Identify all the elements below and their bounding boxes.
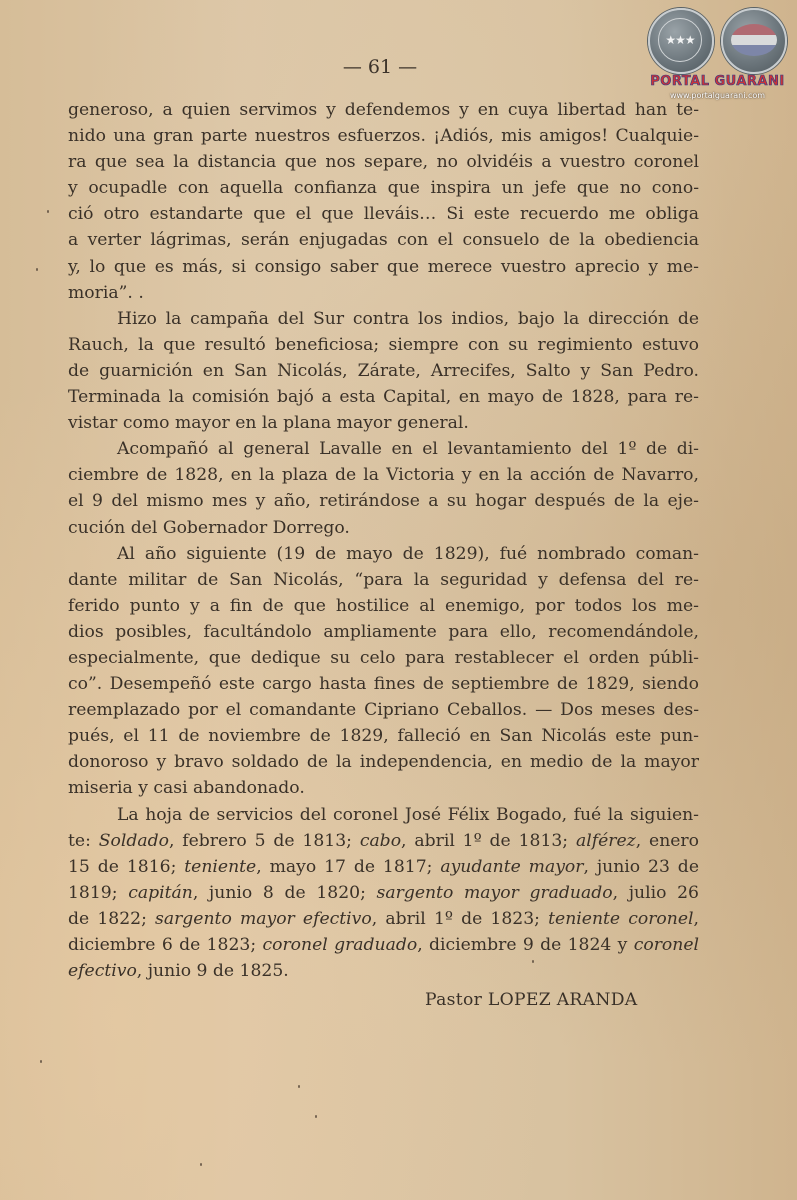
text-line: 1819; capitán, junio 8 de 1820; sargento…: [68, 880, 699, 906]
text-line: 15 de 1816; teniente, mayo 17 de 1817; a…: [68, 854, 699, 880]
text-line: Terminada la comisión bajó a esta Capita…: [68, 384, 699, 410]
paragraph: generoso, a quien servimos y defendemos …: [68, 97, 699, 306]
text-line: vistar como mayor en la plana mayor gene…: [68, 410, 699, 436]
text-line: reemplazado por el comandante Cipriano C…: [68, 697, 699, 723]
text-line: pués, el 11 de noviembre de 1829, fallec…: [68, 723, 699, 749]
text-line: Hizo la campaña del Sur contra los indio…: [68, 306, 699, 332]
text-line: ferido punto y a fin de que hostilice al…: [68, 593, 699, 619]
rank: teniente coronel: [548, 909, 693, 929]
text-line: a verter lágrimas, serán enjugadas con e…: [68, 227, 699, 253]
text-line: y, lo que es más, si consigo saber que m…: [68, 254, 699, 280]
paraguay-flag-seal-icon: [721, 8, 787, 74]
service-record-paragraph: La hoja de servicios del coronel José Fé…: [68, 802, 699, 985]
rank: ayudante mayor: [440, 857, 583, 877]
stars-icon: ★★★: [658, 18, 702, 62]
text-line: cución del Gobernador Dorrego.: [68, 515, 699, 541]
text-line: te: Soldado, febrero 5 de 1813; cabo, ab…: [68, 828, 699, 854]
text-line: de guarnición en San Nicolás, Zárate, Ar…: [68, 358, 699, 384]
text-line: La hoja de servicios del coronel José Fé…: [68, 802, 699, 828]
text-line: especialmente, que dedique su celo para …: [68, 645, 699, 671]
text-line: ciembre de 1828, en la plaza de la Victo…: [68, 462, 699, 488]
paragraph: Acompañó al general Lavalle en el levant…: [68, 436, 699, 540]
rank: alférez: [576, 831, 636, 851]
rank: efectivo: [68, 961, 137, 981]
text-line: nido una gran parte nuestros esfuerzos. …: [68, 123, 699, 149]
portal-guarani-watermark: ★★★ PORTAL GUARANI www.portalguarani.com: [645, 6, 790, 101]
flag-icon: [731, 24, 777, 56]
text-line: ra que sea la distancia que nos separe, …: [68, 149, 699, 175]
rank: sargento mayor graduado: [377, 883, 613, 903]
text-line: el 9 del mismo mes y año, retirándose a …: [68, 488, 699, 514]
rank: capitán: [128, 883, 193, 903]
rank: coronel: [634, 935, 699, 955]
rank: Soldado: [99, 831, 169, 851]
text-line: Acompañó al general Lavalle en el levant…: [68, 436, 699, 462]
text-line: co”. Desempeñó este cargo hasta fines de…: [68, 671, 699, 697]
text-line: y ocupadle con aquella confianza que ins…: [68, 175, 699, 201]
text-line: ció otro estandarte que el que lleváis… …: [68, 201, 699, 227]
paragraph: Hizo la campaña del Sur contra los indio…: [68, 306, 699, 436]
author-signature: Pastor LOPEZ ARANDA: [425, 990, 638, 1010]
seal-left-icon: ★★★: [648, 8, 714, 74]
text-line: diciembre 6 de 1823; coronel graduado, d…: [68, 932, 699, 958]
text-line: Rauch, la que resultó beneficiosa; siemp…: [68, 332, 699, 358]
paragraph: Al año siguiente (19 de mayo de 1829), f…: [68, 541, 699, 802]
text-line: Al año siguiente (19 de mayo de 1829), f…: [68, 541, 699, 567]
rank: cabo: [360, 831, 401, 851]
text-line: donoroso y bravo soldado de la independe…: [68, 749, 699, 775]
text-line: de 1822; sargento mayor efectivo, abril …: [68, 906, 699, 932]
text-line: moria”. .: [68, 280, 699, 306]
text-line: dios posibles, facultándolo ampliamente …: [68, 619, 699, 645]
rank: coronel graduado: [262, 935, 417, 955]
text-line: efectivo, junio 9 de 1825.: [68, 958, 699, 984]
rank: teniente: [184, 857, 256, 877]
rank: sargento mayor efectivo: [155, 909, 372, 929]
text-line: miseria y casi abandonado.: [68, 775, 699, 801]
text-line: dante militar de San Nicolás, “para la s…: [68, 567, 699, 593]
watermark-name: PORTAL GUARANI: [645, 74, 790, 89]
body-text: generoso, a quien servimos y defendemos …: [68, 97, 699, 984]
text-line: generoso, a quien servimos y defendemos …: [68, 97, 699, 123]
